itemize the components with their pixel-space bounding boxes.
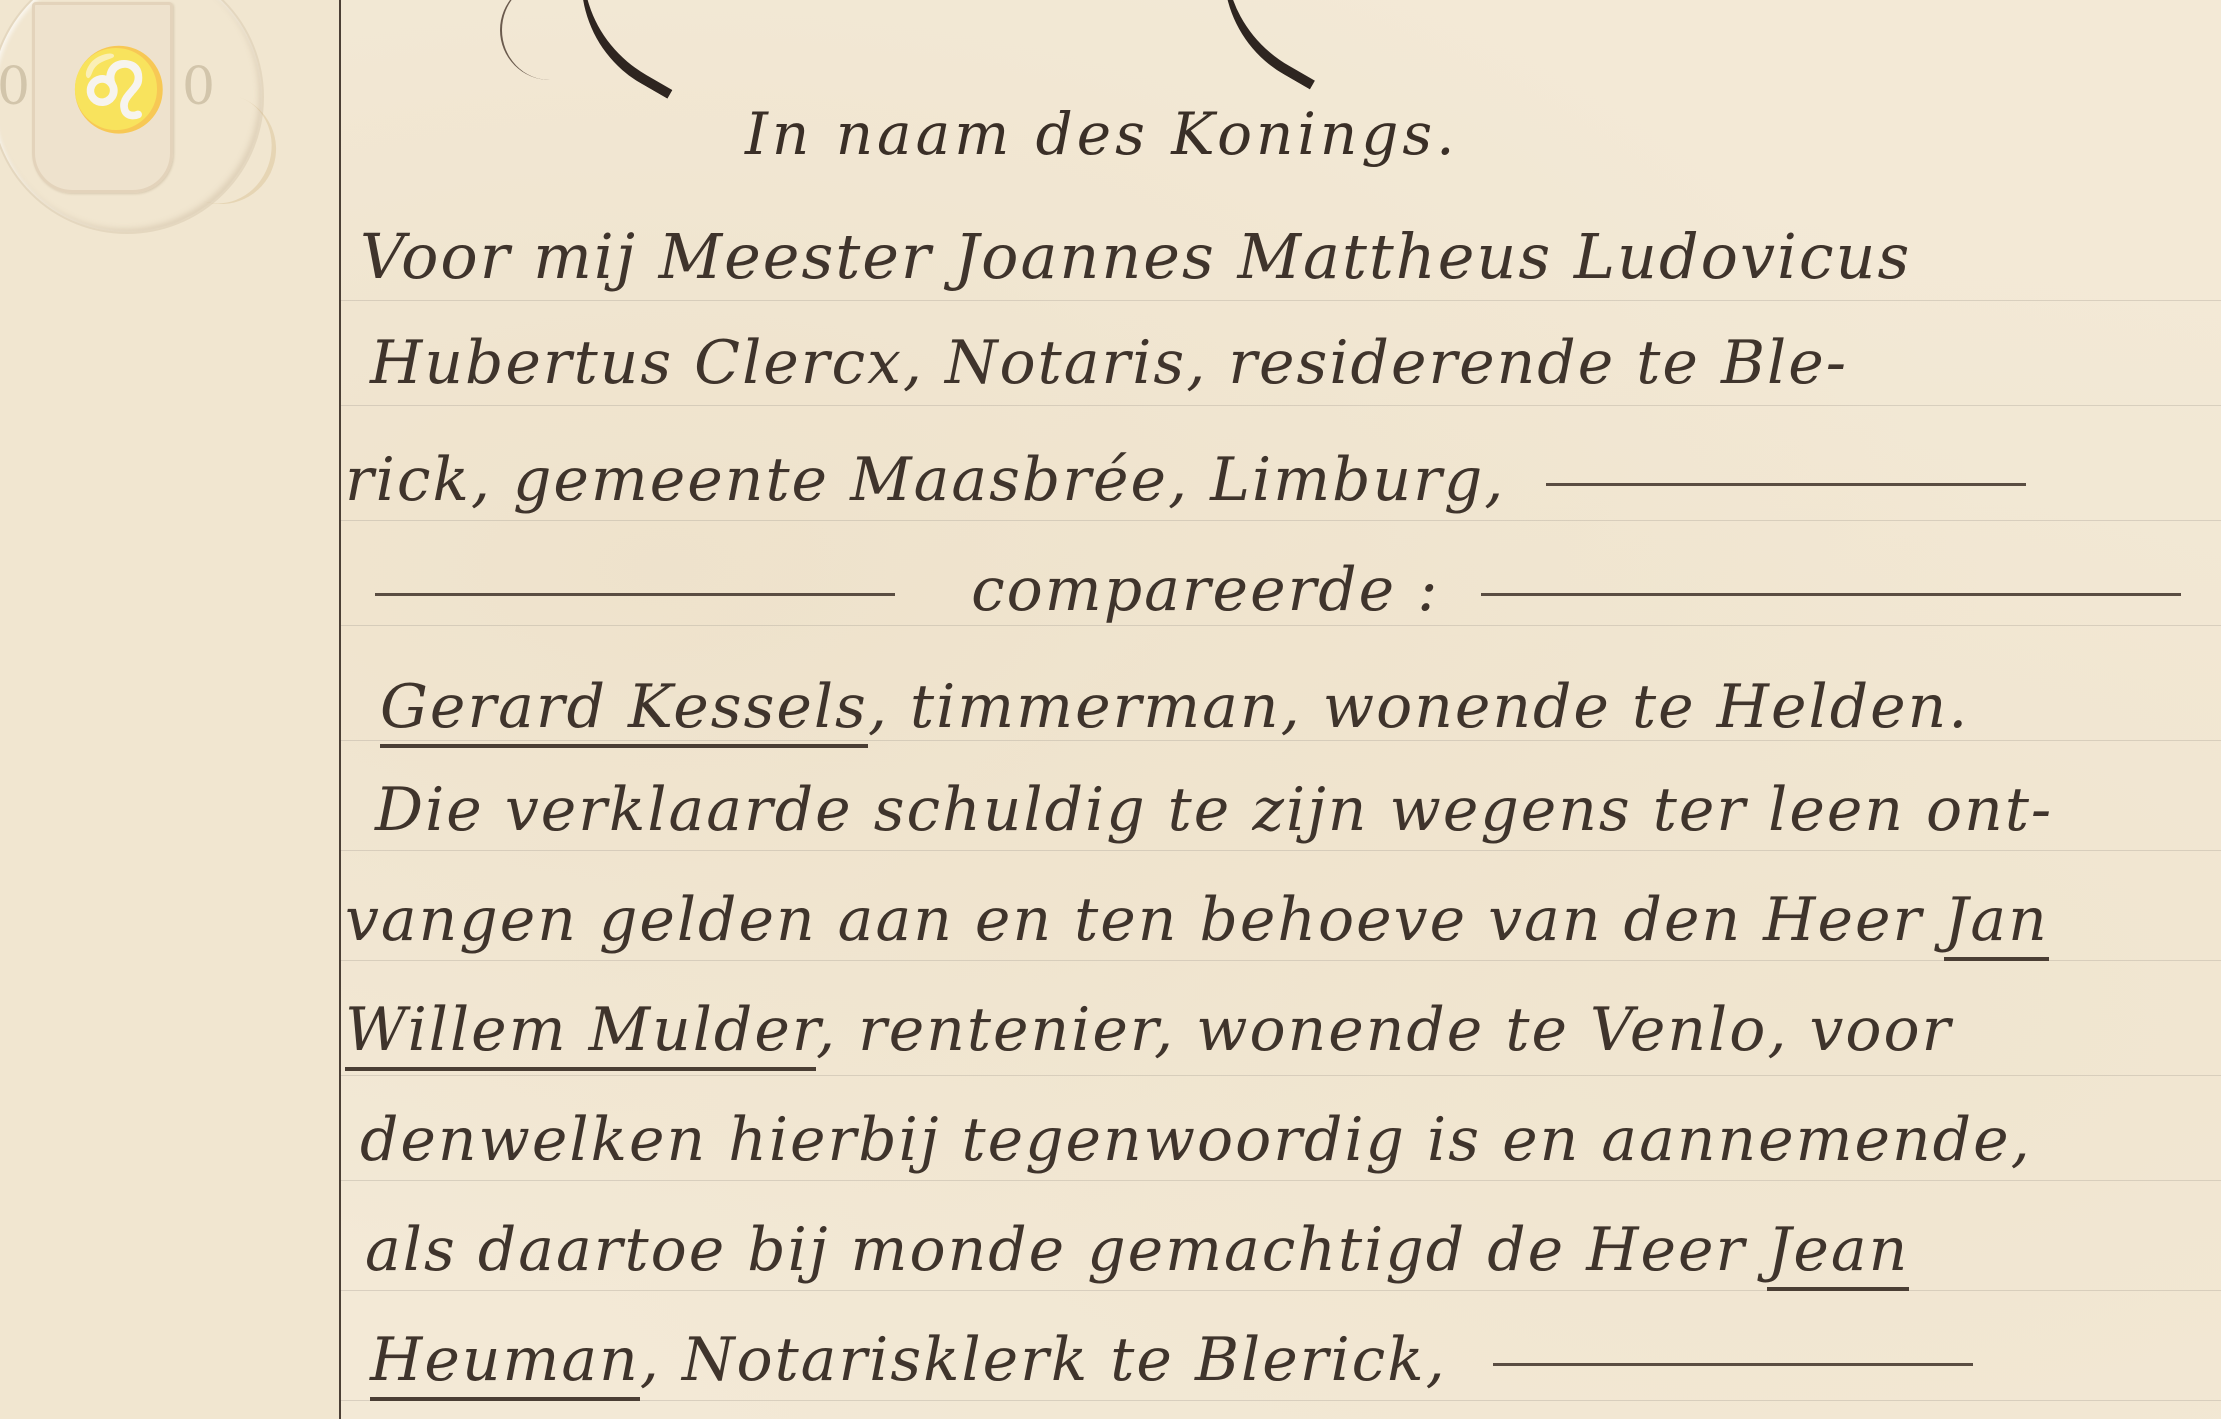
ruled-line [341,850,2221,851]
ruled-line [341,625,2221,626]
deed-line-2: Hubertus Clercx, Notaris, residerende te… [370,328,1848,398]
deed-line-10: als daartoe bij monde gemachtigd de Heer… [365,1215,1909,1285]
deed-line-5-text: , timmerman, wonende te Helden. [868,672,1969,742]
filler-dash [375,593,895,596]
compareerde-label: compareerde : [971,555,1439,625]
deed-line-11-text: , Notarisklerk te Blerick, [640,1325,1447,1395]
ruled-line [341,520,2221,521]
ruled-line [341,960,2221,961]
party-name-gerard-kessels: Gerard Kessels [380,672,868,748]
deed-line-6: Die verklaarde schuldig te zijn wegens t… [375,775,2053,845]
deed-line-9: denwelken hierbij tegenwoordig is en aan… [360,1105,2032,1175]
lion-icon: ♌ [69,35,139,145]
deed-line-7-text: vangen gelden aan en ten behoeve van den… [345,885,1923,955]
deed-line-8: Willem Mulder, rentenier, wonende te Ven… [345,995,1952,1065]
seal-right-letter: 0 [182,57,215,117]
party-name-jan: Jan [1944,885,2048,961]
ruled-line [341,1075,2221,1076]
left-margin: ♌ 0 0 [0,0,340,1419]
deed-line-10-text: als daartoe bij monde gemachtigd de Heer [365,1215,1746,1285]
deed-line-5: Gerard Kessels, timmerman, wonende te He… [380,672,1969,742]
ruled-line [341,1180,2221,1181]
top-flourish-hairline [500,0,562,80]
deed-heading: In naam des Konings. [745,100,1459,168]
ruled-line [341,1290,2221,1291]
ruled-line [341,405,2221,406]
ruled-line [341,300,2221,301]
deed-line-1: Voor mij Meester Joannes Mattheus Ludovi… [360,220,1911,293]
seal-left-letter: 0 [0,57,30,117]
party-name-jean: Jean [1767,1215,1909,1291]
filler-dash [1493,1363,1973,1366]
seal-shield-icon: ♌ [32,2,173,193]
deed-line-7: vangen gelden aan en ten behoeve van den… [345,885,2049,955]
deed-line-11: Heuman, Notarisklerk te Blerick, [370,1325,1973,1395]
top-flourish-left [538,0,733,99]
party-name-willem-mulder: Willem Mulder [345,995,816,1071]
filler-dash [1481,593,2181,596]
deed-line-compareerde: compareerde : [375,555,2181,625]
party-name-heuman: Heuman [370,1325,640,1401]
deed-line-3-text: rick, gemeente Maasbrée, Limburg, [345,445,1505,515]
deed-line-8-text: , rentenier, wonende te Venlo, voor [816,995,1952,1065]
deed-line-3: rick, gemeente Maasbrée, Limburg, [345,445,2026,515]
filler-dash [1546,483,2026,486]
top-flourish-right [1180,0,1370,89]
margin-rule [339,0,341,1419]
